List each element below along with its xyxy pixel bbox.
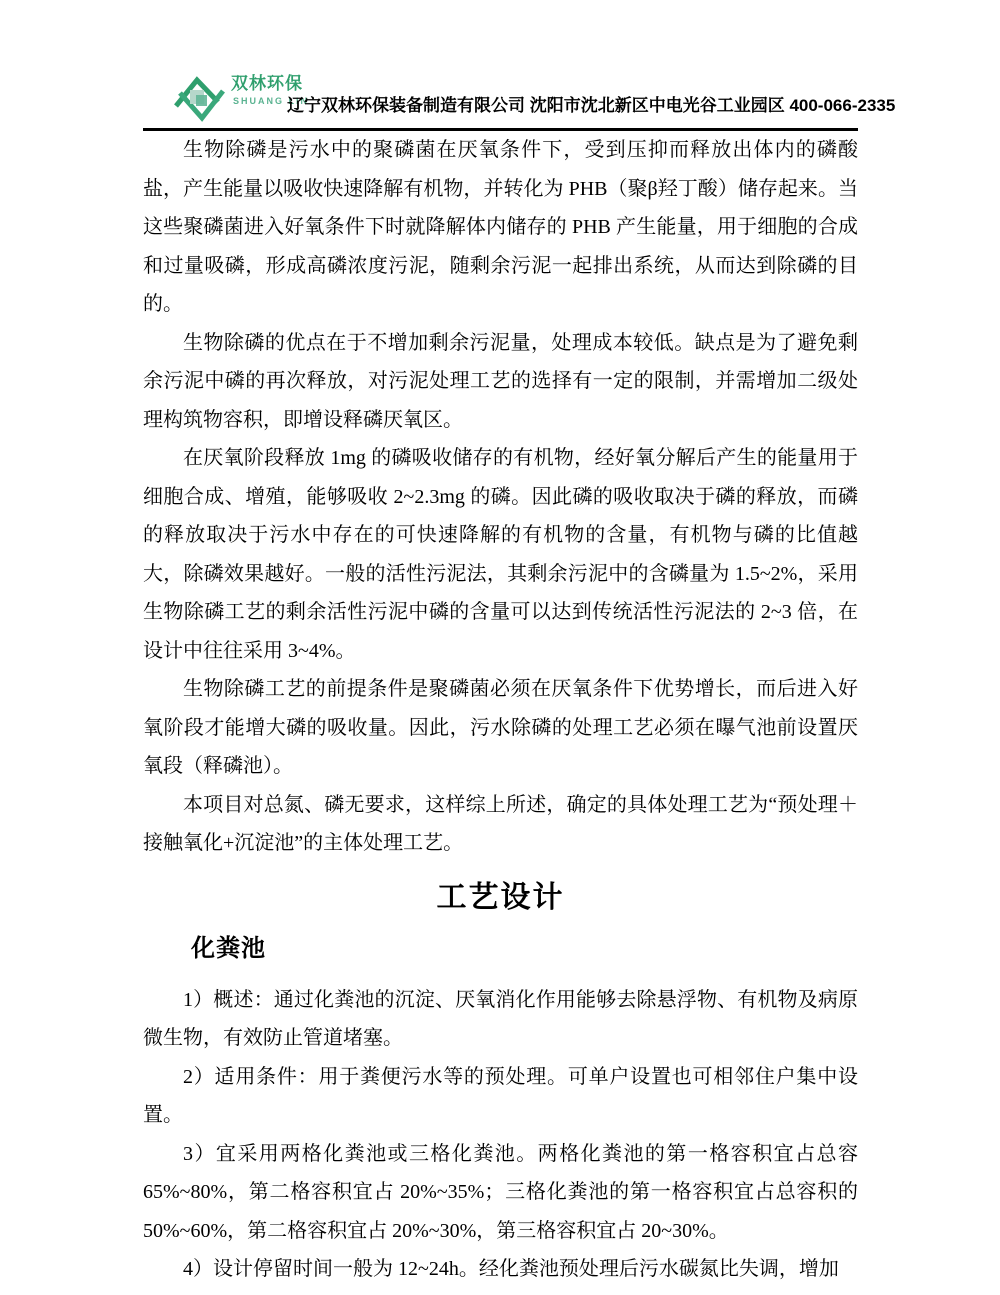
septic-paragraph: 4）设计停留时间一般为 12~24h。经化粪池预处理后污水碳氮比失调，增加 <box>143 1250 858 1289</box>
logo-name-chinese: 双林环保 <box>231 74 303 94</box>
subsection-heading-septic-tank: 化粪池 <box>143 931 858 967</box>
company-address-line: 辽宁双林环保装备制造有限公司 沈阳市沈北新区中电光谷工业园区 400-066-2… <box>287 95 862 117</box>
document-body: 生物除磷是污水中的聚磷菌在厌氧条件下，受到压抑而释放出体内的磷酸盐，产生能量以吸… <box>143 131 858 1289</box>
intro-paragraph: 生物除磷是污水中的聚磷菌在厌氧条件下，受到压抑而释放出体内的磷酸盐，产生能量以吸… <box>143 131 858 324</box>
intro-paragraph: 生物除磷的优点在于不增加剩余污泥量，处理成本较低。缺点是为了避免剩余污泥中磷的再… <box>143 324 858 440</box>
septic-paragraph: 2）适用条件：用于粪便污水等的预处理。可单户设置也可相邻住户集中设置。 <box>143 1058 858 1135</box>
shuanglin-logo-icon <box>171 69 227 123</box>
document-page: 双林环保 SHUANG LIN 辽宁双林环保装备制造有限公司 沈阳市沈北新区中电… <box>0 0 1000 1295</box>
section-heading-process-design: 工艺设计 <box>143 877 858 919</box>
intro-paragraph: 生物除磷工艺的前提条件是聚磷菌必须在厌氧条件下优势增长，而后进入好氧阶段才能增大… <box>143 670 858 786</box>
septic-paragraph: 1）概述：通过化粪池的沉淀、厌氧消化作用能够去除悬浮物、有机物及病原微生物，有效… <box>143 981 858 1058</box>
intro-paragraph: 本项目对总氮、磷无要求，这样综上所述，确定的具体处理工艺为“预处理＋接触氧化+沉… <box>143 786 858 863</box>
intro-paragraph: 在厌氧阶段释放 1mg 的磷吸收储存的有机物，经好氧分解后产生的能量用于细胞合成… <box>143 439 858 670</box>
septic-paragraph: 3）宜采用两格化粪池或三格化粪池。两格化粪池的第一格容积宜占总容 65%~80%… <box>143 1135 858 1251</box>
page-header: 双林环保 SHUANG LIN 辽宁双林环保装备制造有限公司 沈阳市沈北新区中电… <box>0 0 1000 132</box>
